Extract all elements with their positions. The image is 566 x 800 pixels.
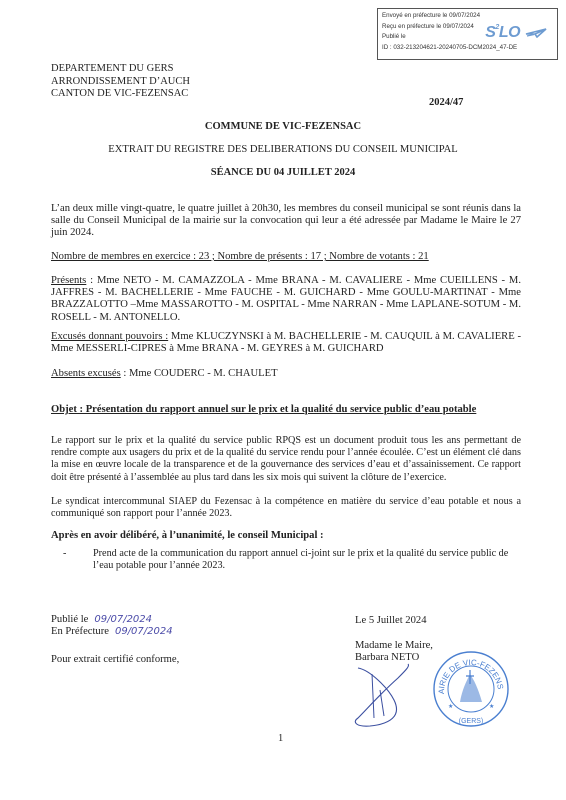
prefecture-handwritten-date: 09/07/2024 [115,626,173,637]
intro-paragraph: L’an deux mille vingt-quatre, le quatre … [51,203,521,240]
canton: CANTON DE VIC-FEZENSAC [51,88,190,101]
prefecture-label: En Préfecture [51,626,109,637]
presents-paragraph: Présents : Mme NETO - M. CAMAZZOLA - Mme… [51,275,521,324]
extrait-title: EXTRAIT DU REGISTRE DES DELIBERATIONS DU… [0,144,566,155]
mayor-title: Madame le Maire, [355,640,433,652]
pouvoirs-label: Excusés donnant pouvoirs : [51,331,168,342]
decision-text: Prend acte de la communication du rappor… [93,548,523,572]
departement: DEPARTEMENT DU GERS [51,63,190,76]
arrondissement: ARRONDISSEMENT D’AUCH [51,76,190,89]
seance-title: SÉANCE DU 04 JUILLET 2024 [0,167,566,178]
svg-text:★: ★ [448,703,453,710]
stamp-sent: Envoyé en préfecture le 09/07/2024 [382,11,553,22]
member-counts: Nombre de membres en exercice : 23 ; Nom… [51,251,521,263]
publication-block: Publié le09/07/2024 En Préfecture09/07/2… [51,614,173,638]
stamp-id: ID : 032-213204621-20240705-DCM2024_47-D… [382,43,553,54]
decision-item: - Prend acte de la communication du rapp… [63,548,523,572]
seal-bottom-text: (GERS) [459,718,484,725]
svg-text:★: ★ [489,703,494,710]
deliberation-reference: 2024/47 [429,97,463,108]
publie-handwritten-date: 09/07/2024 [94,614,152,625]
list-dash: - [63,548,93,572]
administrative-header: DEPARTEMENT DU GERS ARRONDISSEMENT D’AUC… [51,63,190,101]
pouvoirs-paragraph: Excusés donnant pouvoirs : Mme KLUCZYNSK… [51,331,521,355]
commune-title: COMMUNE DE VIC-FEZENSAC [0,121,566,132]
presents-list: : Mme NETO - M. CAMAZZOLA - Mme BRANA - … [51,275,521,323]
absents-label: Absents excusés [51,368,121,379]
objet-heading: Objet : Présentation du rapport annuel s… [51,404,521,416]
mairie-seal: MAIRIE DE VIC-FEZENSAC (GERS) ★ ★ [432,650,510,728]
prefecture-stamp: Envoyé en préfecture le 09/07/2024 Reçu … [377,8,558,60]
deliberation-heading: Après en avoir délibéré, à l’unanimité, … [51,530,521,542]
slo-logo-lo: LO [499,24,520,41]
rpqs-paragraph: Le rapport sur le prix et la qualité du … [51,435,521,484]
absents-list: : Mme COUDERC - M. CHAULET [121,368,278,379]
prefecture-line: En Préfecture09/07/2024 [51,626,173,638]
signature-date: Le 5 Juillet 2024 [355,615,427,626]
slo-logo: S2LO [485,23,547,39]
publie-line: Publié le09/07/2024 [51,614,173,626]
absents-paragraph: Absents excusés : Mme COUDERC - M. CHAUL… [51,368,521,380]
syndicat-paragraph: Le syndicat intercommunal SIAEP du Fezen… [51,496,521,520]
presents-label: Présents [51,275,86,286]
handwritten-signature [350,660,420,732]
page-number: 1 [278,733,283,744]
certification-text: Pour extrait certifié conforme, [51,654,179,665]
paper-plane-icon [525,28,547,38]
slo-logo-s: S [485,24,495,41]
publie-label: Publié le [51,614,88,625]
